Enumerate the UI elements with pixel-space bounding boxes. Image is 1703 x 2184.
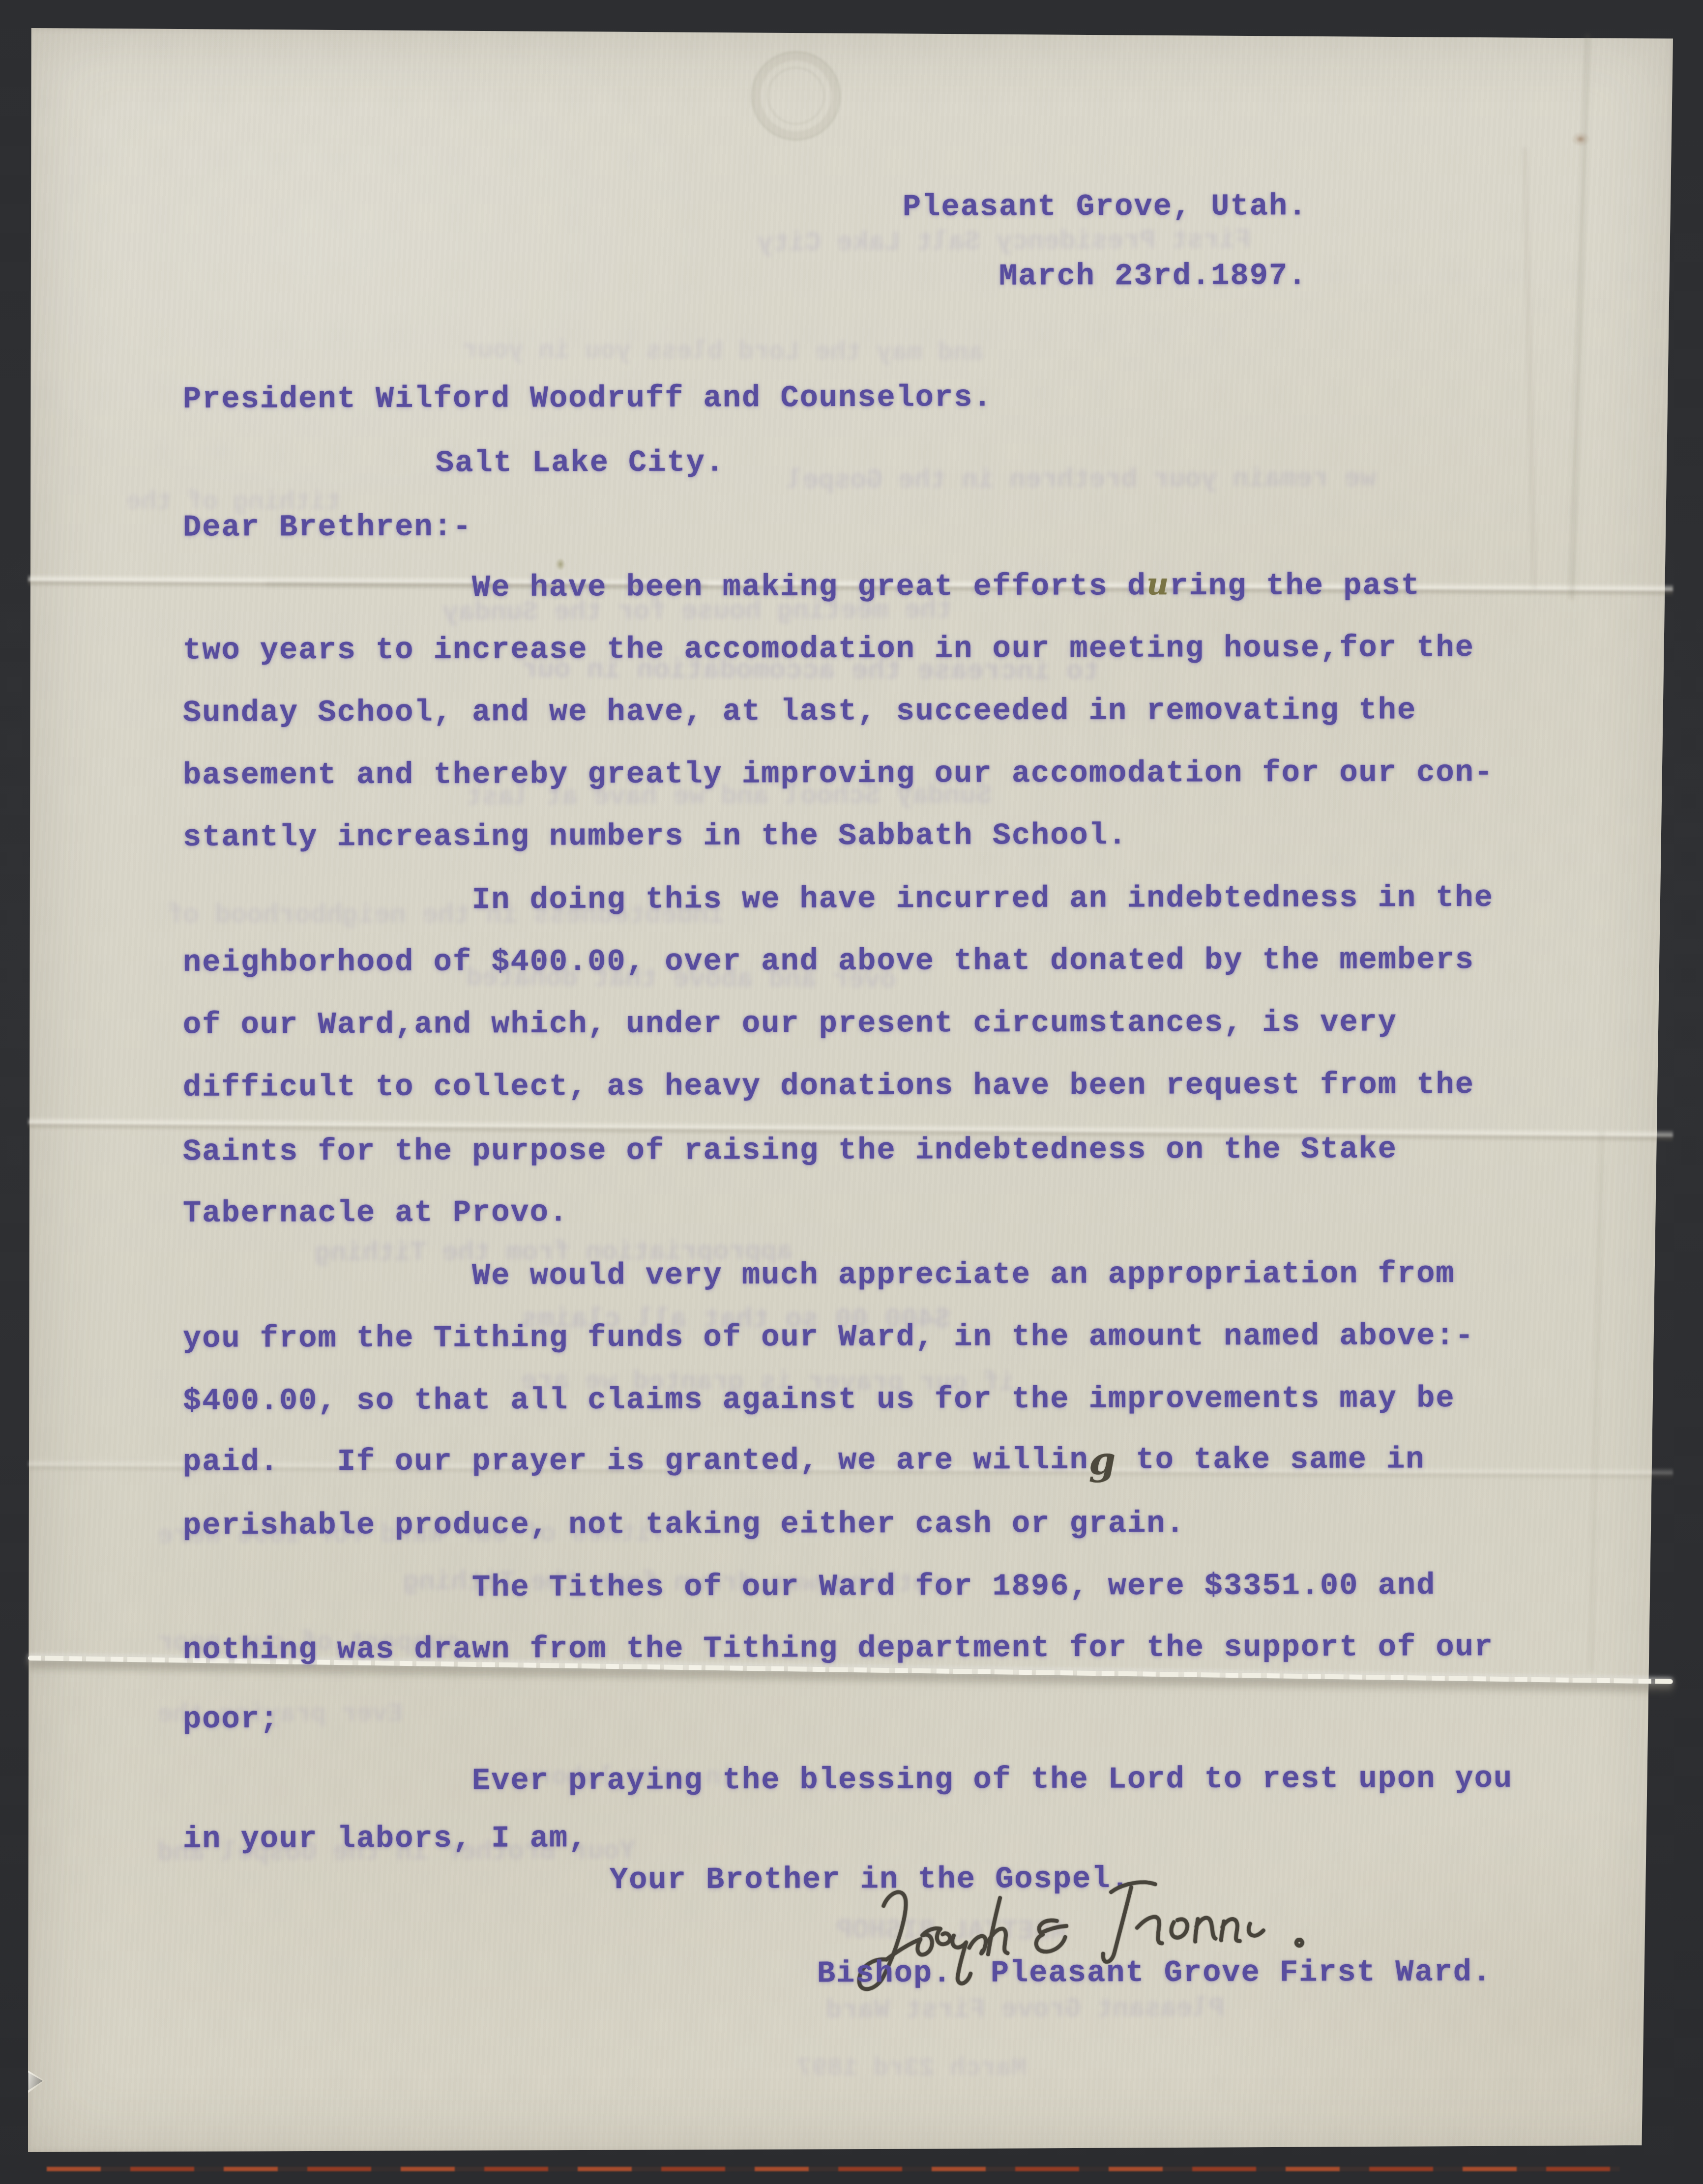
typed-text-segment: you from the Tithing funds of our Ward, …: [183, 1318, 1474, 1356]
dateline-date: March 23rd.1897.: [999, 258, 1307, 293]
typed-line: In doing this we have incurred an indebt…: [472, 880, 1494, 917]
typed-line: Saints for the purpose of raising the in…: [183, 1132, 1397, 1169]
typed-text-segment: stantly increasing numbers in the Sabbat…: [183, 818, 1127, 855]
scanned-letter-page: First Presidency Salt Lake Cityand may t…: [0, 0, 1703, 2184]
typed-text-segment: Sunday School, and we have, at last, suc…: [183, 693, 1416, 730]
handwritten-ink-correction: u: [1146, 566, 1170, 602]
typed-text-segment: In doing this we have incurred an indebt…: [472, 880, 1494, 917]
embossed-seal: [751, 51, 841, 141]
typed-line: neighborhood of $400.00, over and above …: [183, 942, 1474, 980]
typed-line: difficult to collect, as heavy donations…: [183, 1067, 1474, 1105]
typed-text-segment: to take same in: [1116, 1442, 1425, 1477]
typed-text-segment: poor;: [183, 1702, 279, 1737]
typed-text-segment: The Tithes of our Ward for 1896, were $3…: [472, 1568, 1436, 1605]
typed-line: Tabernacle at Provo.: [183, 1195, 568, 1231]
typed-line: Ever praying the blessing of the Lord to…: [472, 1761, 1513, 1798]
typed-line: basement and thereby greatly improving o…: [183, 755, 1494, 793]
typed-line: two years to increase the accomodation i…: [183, 630, 1474, 668]
typed-text-segment: paid. If our prayer is granted, we are w…: [183, 1443, 1089, 1480]
typed-line: nothing was drawn from the Tithing depar…: [183, 1630, 1494, 1667]
typed-text-segment: We have been making great efforts d: [472, 569, 1146, 605]
dateline-place: Pleasant Grove, Utah.: [903, 189, 1307, 225]
typed-line: $400.00, so that all claims against us f…: [183, 1381, 1455, 1418]
typed-line: Sunday School, and we have, at last, suc…: [183, 693, 1416, 730]
typed-text-segment: perishable produce, not taking either ca…: [183, 1506, 1185, 1543]
red-tinted-bottom-edge: [47, 2167, 1620, 2171]
typed-line: you from the Tithing funds of our Ward, …: [183, 1318, 1474, 1356]
typed-text-segment: ring the past: [1170, 568, 1420, 604]
handwritten-signature-joseph-e-thorne: [839, 1850, 1329, 2037]
typed-text-segment: basement and thereby greatly improving o…: [183, 755, 1494, 793]
typed-text-segment: in your labors, I am,: [183, 1821, 587, 1857]
typed-line: We would very much appreciate an appropr…: [472, 1256, 1455, 1293]
typed-text-segment: two years to increase the accomodation i…: [183, 630, 1474, 668]
typed-line: perishable produce, not taking either ca…: [183, 1506, 1185, 1543]
handwritten-ink-correction: g: [1089, 1439, 1117, 1484]
typed-text-segment: neighborhood of $400.00, over and above …: [183, 942, 1474, 980]
typed-line: poor;: [183, 1702, 279, 1737]
typed-line: of our Ward,and which, under our present…: [183, 1005, 1397, 1042]
typed-line: in your labors, I am,: [183, 1821, 587, 1857]
typed-line: stantly increasing numbers in the Sabbat…: [183, 818, 1127, 855]
typed-line: paid. If our prayer is granted, we are w…: [183, 1442, 1425, 1479]
paper-stain: [1571, 132, 1590, 146]
typed-line: The Tithes of our Ward for 1896, were $3…: [472, 1568, 1436, 1605]
typed-text-segment: of our Ward,and which, under our present…: [183, 1005, 1397, 1042]
salutation-line: Dear Brethren:-: [183, 509, 472, 545]
typed-text-segment: nothing was drawn from the Tithing depar…: [183, 1630, 1494, 1667]
typed-line: We have been making great efforts during…: [472, 565, 1420, 605]
typed-text-segment: Saints for the purpose of raising the in…: [183, 1132, 1397, 1169]
recipient-line: President Wilford Woodruff and Counselor…: [183, 380, 993, 416]
typed-text-segment: $400.00, so that all claims against us f…: [183, 1381, 1455, 1418]
typed-text-segment: Tabernacle at Provo.: [183, 1195, 568, 1231]
typed-text-segment: difficult to collect, as heavy donations…: [183, 1067, 1474, 1105]
typed-text-segment: We would very much appreciate an appropr…: [472, 1256, 1455, 1293]
typed-text-segment: Ever praying the blessing of the Lord to…: [472, 1761, 1513, 1798]
signature-title-line: Bishop. Pleasant Grove First Ward.: [817, 1955, 1492, 1991]
recipient-city-line: Salt Lake City.: [436, 445, 725, 480]
